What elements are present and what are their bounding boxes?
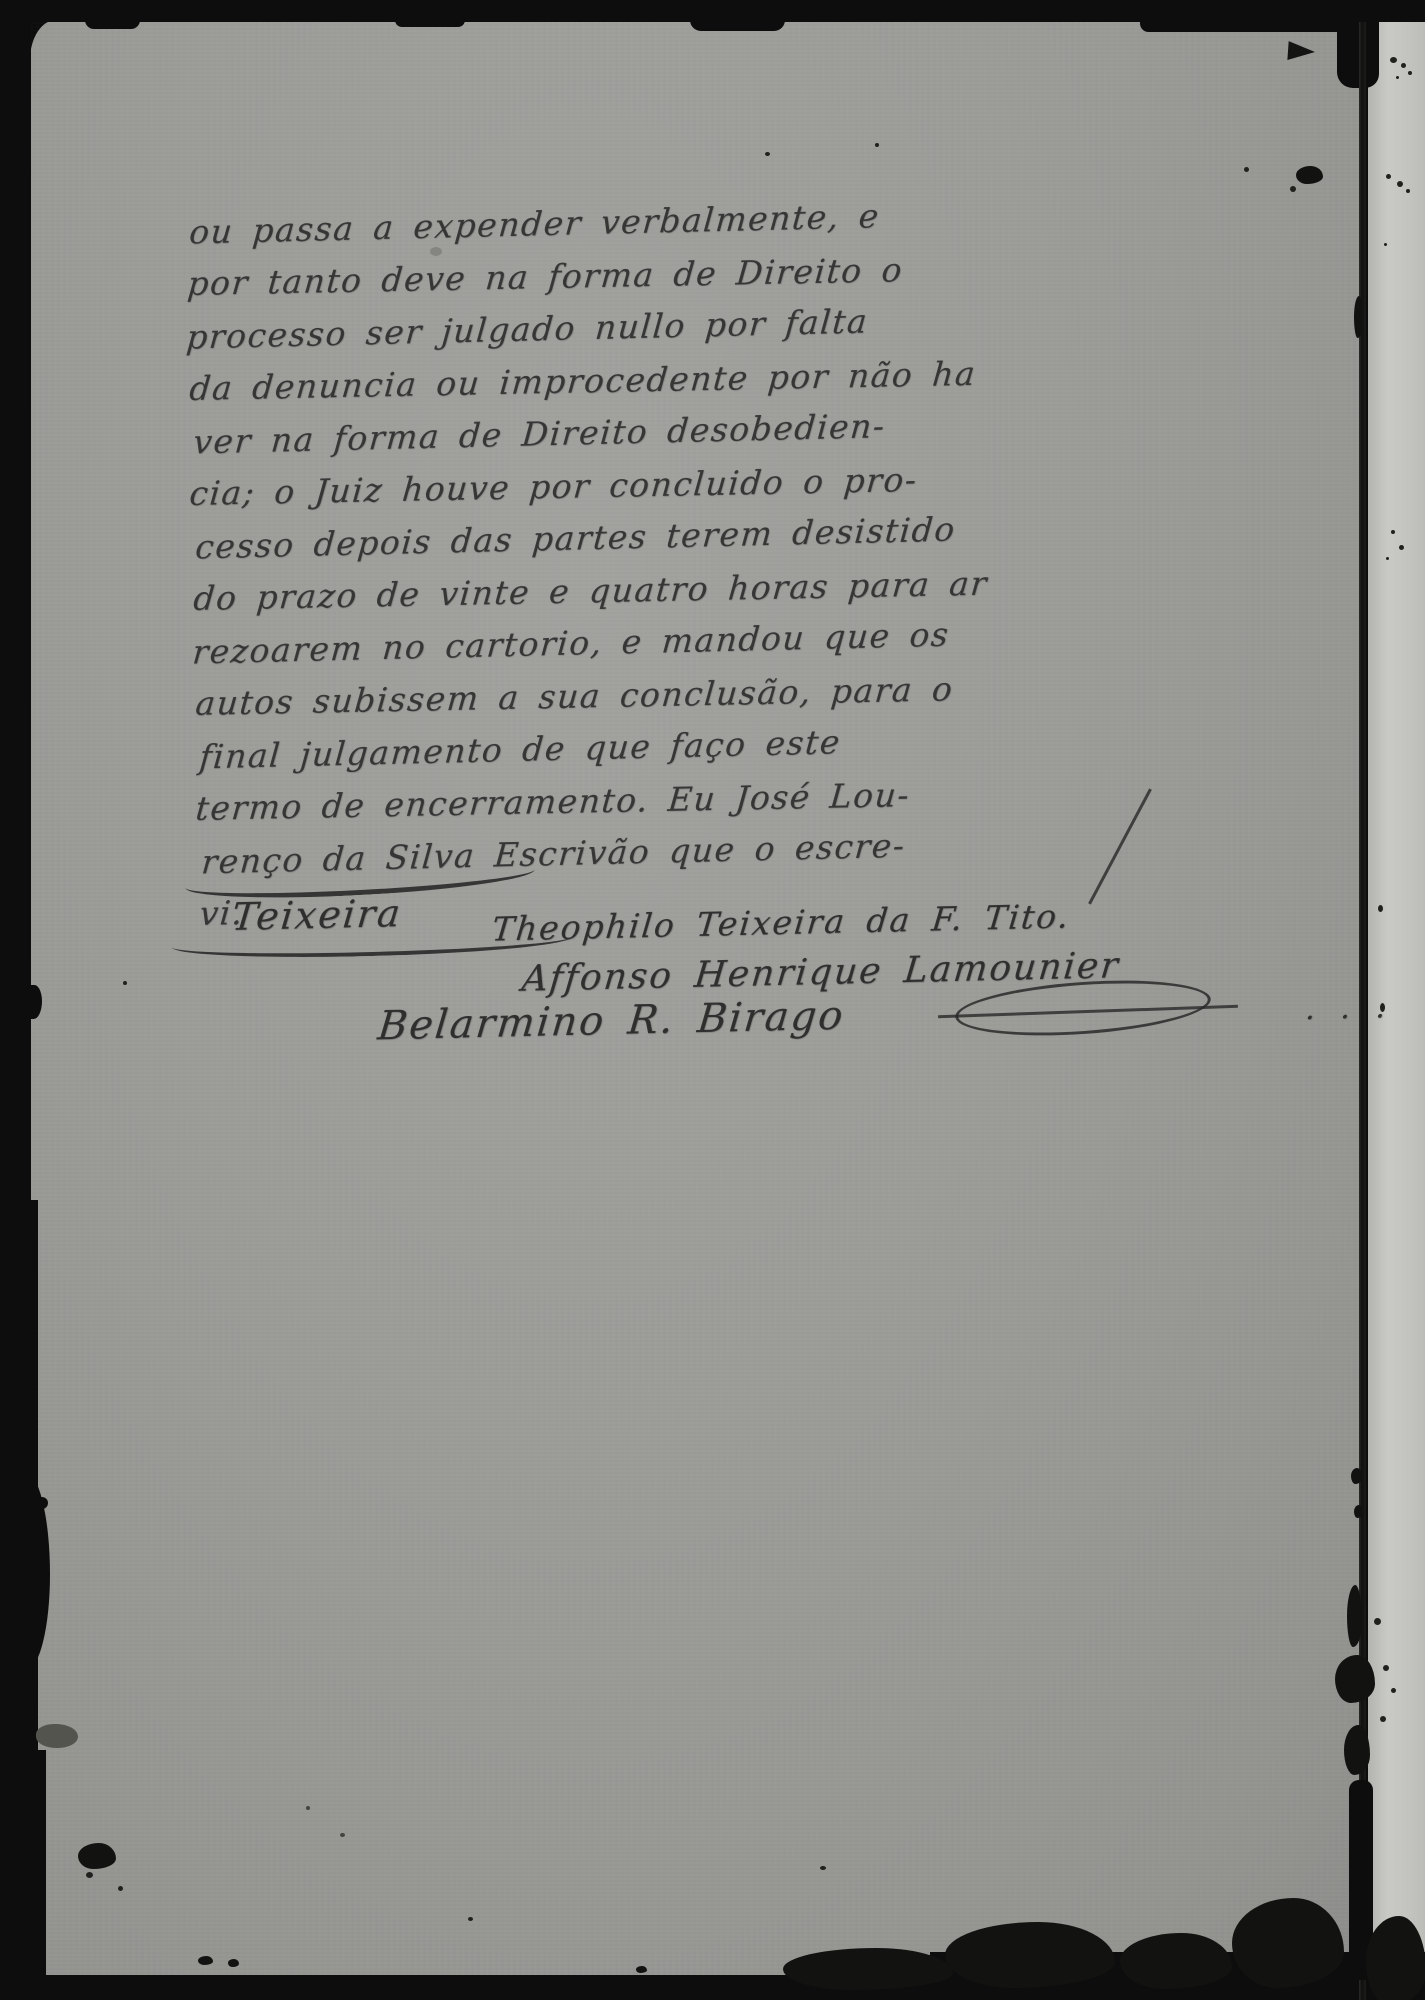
ink-speck [1244,167,1249,172]
ink-speck [1408,71,1412,75]
ink-blot [1296,166,1323,184]
bottom-edge-blot [636,1966,647,1973]
gutter-blot [1335,1655,1375,1703]
gutter-blot [1354,296,1363,338]
ink-blot [78,1843,116,1869]
torn-edge [690,20,785,31]
ink-speck [1390,57,1397,63]
ink-blot [30,1497,48,1509]
ink-speck [340,1833,345,1837]
ink-blot-grey [36,1724,78,1748]
ink-speck [1391,530,1395,534]
ink-speck [1384,243,1387,246]
ink-speck [1397,181,1403,187]
ink-speck [1378,905,1383,912]
gutter-blot [1347,1585,1362,1647]
gutter-blot [1354,1505,1363,1518]
scanned-manuscript-page: ou passa a expender verbalmente, e por t… [0,0,1425,2000]
ink-speck [1399,545,1404,550]
ink-speck [820,1866,826,1870]
left-edge-lower [0,1750,46,2000]
signature-paraph-dots: · · · [1303,999,1390,1036]
ink-speck [765,152,770,156]
ink-speck [123,981,127,985]
bottom-edge-blot [783,1948,953,1990]
ink-speck [1290,186,1296,192]
ink-speck [1383,1665,1389,1671]
bottom-edge-blot [198,1956,213,1965]
ink-speck [1406,189,1410,193]
manuscript-text-block: ou passa a expender verbalmente, e por t… [186,191,920,940]
bottom-edge-blot [1232,1898,1344,1988]
ink-speck [468,1917,473,1921]
bottom-edge-blot [945,1922,1115,1988]
bottom-edge-blot [1120,1933,1232,1989]
torn-edge [1140,20,1350,32]
ink-speck [1374,1618,1381,1625]
scan-border-top [0,0,1425,22]
ink-speck [1386,557,1389,560]
ink-speck [118,1886,123,1891]
bottom-edge-blot [228,1959,239,1967]
ink-speck [1391,1688,1396,1693]
ink-speck [1396,76,1399,79]
torn-edge [395,20,465,27]
gutter-blot [1351,1468,1362,1484]
ink-speck [1380,1716,1386,1722]
gutter-blot [1344,1725,1370,1775]
torn-edge [85,20,140,29]
ink-speck [1401,63,1406,68]
ink-speck [306,1806,310,1810]
binding-shadow-top [1337,0,1379,88]
corner-triangle-mark [1287,41,1315,62]
bottom-edge-blot [1366,1916,1425,2000]
ink-speck [1386,174,1391,179]
ink-speck [86,1872,93,1878]
ink-speck [875,143,879,147]
